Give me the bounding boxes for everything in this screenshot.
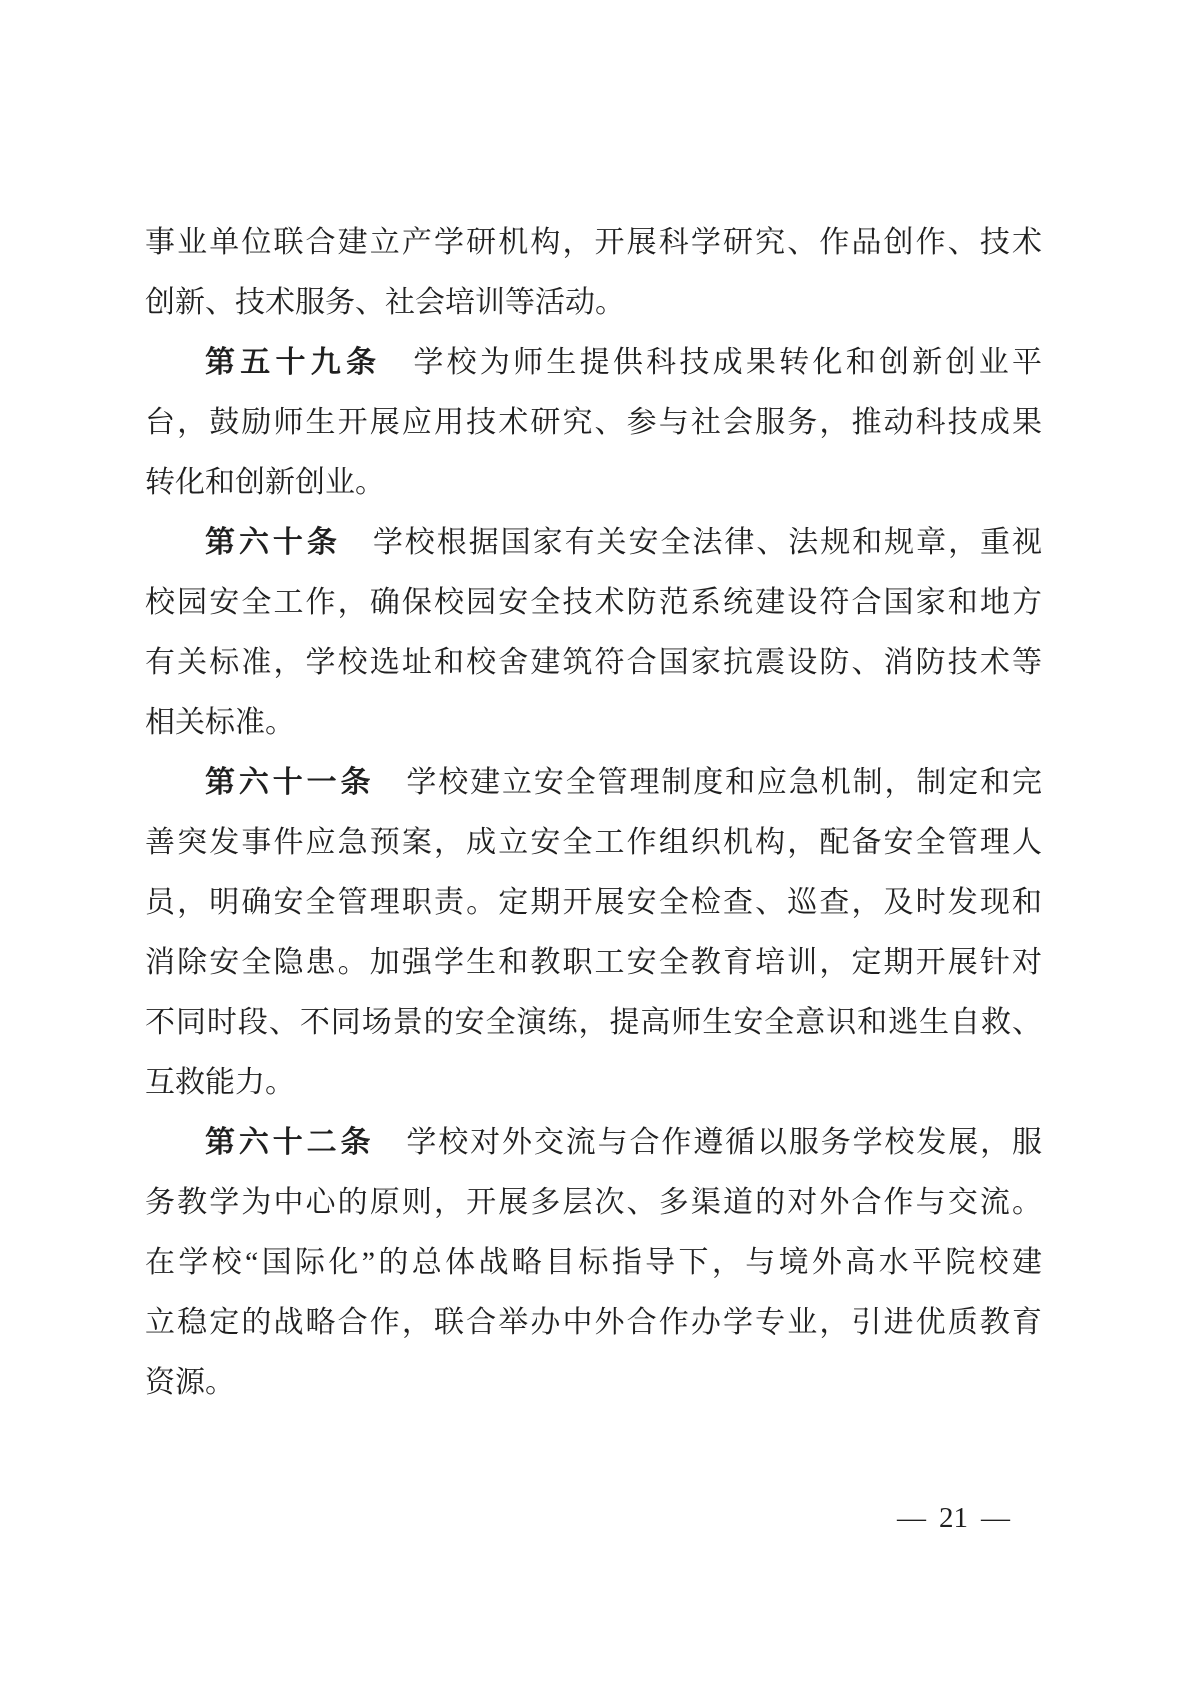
line-text: 务教学为中心的原则，开展多层次、多渠道的对外合作与交流。 [145,1186,1042,1219]
line-text: 员，明确安全管理职责。定期开展安全检查、巡查，及时发现和 [145,886,1042,919]
text-line: 事业单位联合建立产学研机构，开展科学研究、作品创作、技术 [145,213,1042,273]
text-line: 在学校“国际化”的总体战略目标指导下，与境外高水平院校建 [145,1233,1042,1293]
line-text: 消除安全隐患。加强学生和教职工安全教育培训，定期开展针对 [145,946,1042,979]
line-text: 台，鼓励师生开展应用技术研究、参与社会服务，推动科技成果 [145,406,1042,439]
text-line: 务教学为中心的原则，开展多层次、多渠道的对外合作与交流。 [145,1173,1042,1233]
line-text: 校园安全工作，确保校园安全技术防范系统建设符合国家和地方 [145,586,1042,619]
line-text: 立稳定的战略合作，联合举办中外合作办学专业，引进优质教育 [145,1306,1042,1339]
text-line: 消除安全隐患。加强学生和教职工安全教育培训，定期开展针对 [145,933,1042,993]
line-text: 学校建立安全管理制度和应急机制，制定和完 [406,766,1042,799]
text-line: 不同时段、不同场景的安全演练，提高师生安全意识和逃生自救、 [145,993,1042,1053]
line-text: 有关标准，学校选址和校舍建筑符合国家抗震设防、消防技术等 [145,646,1042,679]
text-line: 创新、技术服务、社会培训等活动。 [145,273,1042,333]
footer-page-number: 21 [939,1498,968,1538]
line-text: 资源。 [145,1366,235,1399]
article-number-heading: 第六十一条 [205,766,374,799]
text-line: 资源。 [145,1353,1042,1413]
text-line: 转化和创新创业。 [145,453,1042,513]
article-paragraph-first-line: 第六十一条学校建立安全管理制度和应急机制，制定和完 [145,753,1042,813]
page-footer: — 21 — [897,1498,1010,1538]
document-page: 事业单位联合建立产学研机构，开展科学研究、作品创作、技术创新、技术服务、社会培训… [0,0,1191,1684]
document-text-block: 事业单位联合建立产学研机构，开展科学研究、作品创作、技术创新、技术服务、社会培训… [145,213,1042,1413]
line-text: 学校对外交流与合作遵循以服务学校发展，服 [406,1126,1042,1159]
article-paragraph-first-line: 第五十九条学校为师生提供科技成果转化和创新创业平 [145,333,1042,393]
line-text: 事业单位联合建立产学研机构，开展科学研究、作品创作、技术 [145,226,1042,259]
footer-dash-right: — [981,1498,1010,1538]
line-text: 学校为师生提供科技成果转化和创新创业平 [413,346,1042,379]
text-line: 台，鼓励师生开展应用技术研究、参与社会服务，推动科技成果 [145,393,1042,453]
article-paragraph-first-line: 第六十二条学校对外交流与合作遵循以服务学校发展，服 [145,1113,1042,1173]
line-text: 学校根据国家有关安全法律、法规和规章，重视 [373,526,1042,559]
text-line: 立稳定的战略合作，联合举办中外合作办学专业，引进优质教育 [145,1293,1042,1353]
text-line: 善突发事件应急预案，成立安全工作组织机构，配备安全管理人 [145,813,1042,873]
line-text: 不同时段、不同场景的安全演练，提高师生安全意识和逃生自救、 [145,1006,1042,1039]
line-text: 相关标准。 [145,706,295,739]
article-paragraph-first-line: 第六十条学校根据国家有关安全法律、法规和规章，重视 [145,513,1042,573]
line-text: 创新、技术服务、社会培训等活动。 [145,286,625,319]
footer-dash-left: — [897,1498,926,1538]
text-line: 员，明确安全管理职责。定期开展安全检查、巡查，及时发现和 [145,873,1042,933]
text-line: 相关标准。 [145,693,1042,753]
line-text: 互救能力。 [145,1066,295,1099]
article-number-heading: 第六十二条 [205,1126,374,1159]
text-line: 互救能力。 [145,1053,1042,1113]
article-number-heading: 第五十九条 [205,346,381,379]
text-line: 校园安全工作，确保校园安全技术防范系统建设符合国家和地方 [145,573,1042,633]
article-number-heading: 第六十条 [205,526,341,559]
line-text: 善突发事件应急预案，成立安全工作组织机构，配备安全管理人 [145,826,1042,859]
text-line: 有关标准，学校选址和校舍建筑符合国家抗震设防、消防技术等 [145,633,1042,693]
line-text: 在学校“国际化”的总体战略目标指导下，与境外高水平院校建 [145,1246,1042,1279]
line-text: 转化和创新创业。 [145,466,385,499]
